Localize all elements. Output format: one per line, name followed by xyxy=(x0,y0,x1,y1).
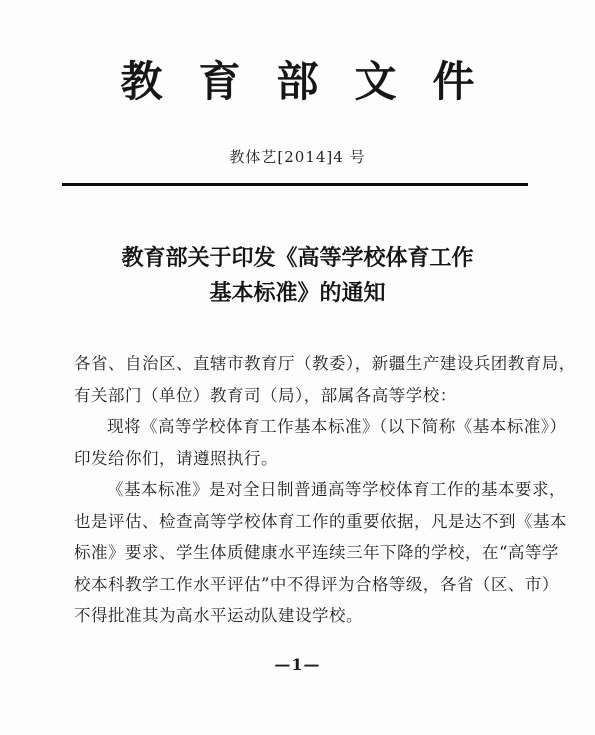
body-line: 校本科教学工作水平评估”中不得评为合格等级，各省（区、市） xyxy=(74,569,538,601)
body-line: 标准》要求、学生体质健康水平连续三年下降的学校，在“高等学 xyxy=(74,537,538,569)
notice-title-line1: 教育部关于印发《高等学校体育工作 xyxy=(121,245,473,271)
body-line: 有关部门（单位）教育司（局），部属各高等学校： xyxy=(74,380,538,412)
page-number: —1— xyxy=(0,655,595,674)
body-line: 也是评估、检查高等学校体育工作的重要依据，凡是达不到《基本 xyxy=(74,506,538,538)
notice-title: 教育部关于印发《高等学校体育工作 基本标准》的通知 xyxy=(0,241,595,311)
document-body: 各省、自治区、直辖市教育厅（教委），新疆生产建设兵团教育局， 有关部门（单位）教… xyxy=(74,348,538,632)
body-line: 印发给你们，请遵照执行。 xyxy=(74,443,538,475)
issuing-agency-header: 教育部文件 xyxy=(0,57,595,107)
body-line: 《基本标准》是对全日制普通高等学校体育工作的基本要求， xyxy=(74,474,538,506)
scanned-document-page: 教育部文件 教体艺[2014]4 号 教育部关于印发《高等学校体育工作 基本标准… xyxy=(0,0,595,735)
document-number: 教体艺[2014]4 号 xyxy=(0,148,595,166)
body-line: 不得批准其为高水平运动队建设学校。 xyxy=(74,600,538,632)
notice-title-line2: 基本标准》的通知 xyxy=(209,280,385,306)
body-line: 各省、自治区、直辖市教育厅（教委），新疆生产建设兵团教育局， xyxy=(74,348,538,380)
body-line: 现将《高等学校体育工作基本标准》（以下简称《基本标准》） xyxy=(74,411,538,443)
header-divider-rule xyxy=(62,183,528,186)
